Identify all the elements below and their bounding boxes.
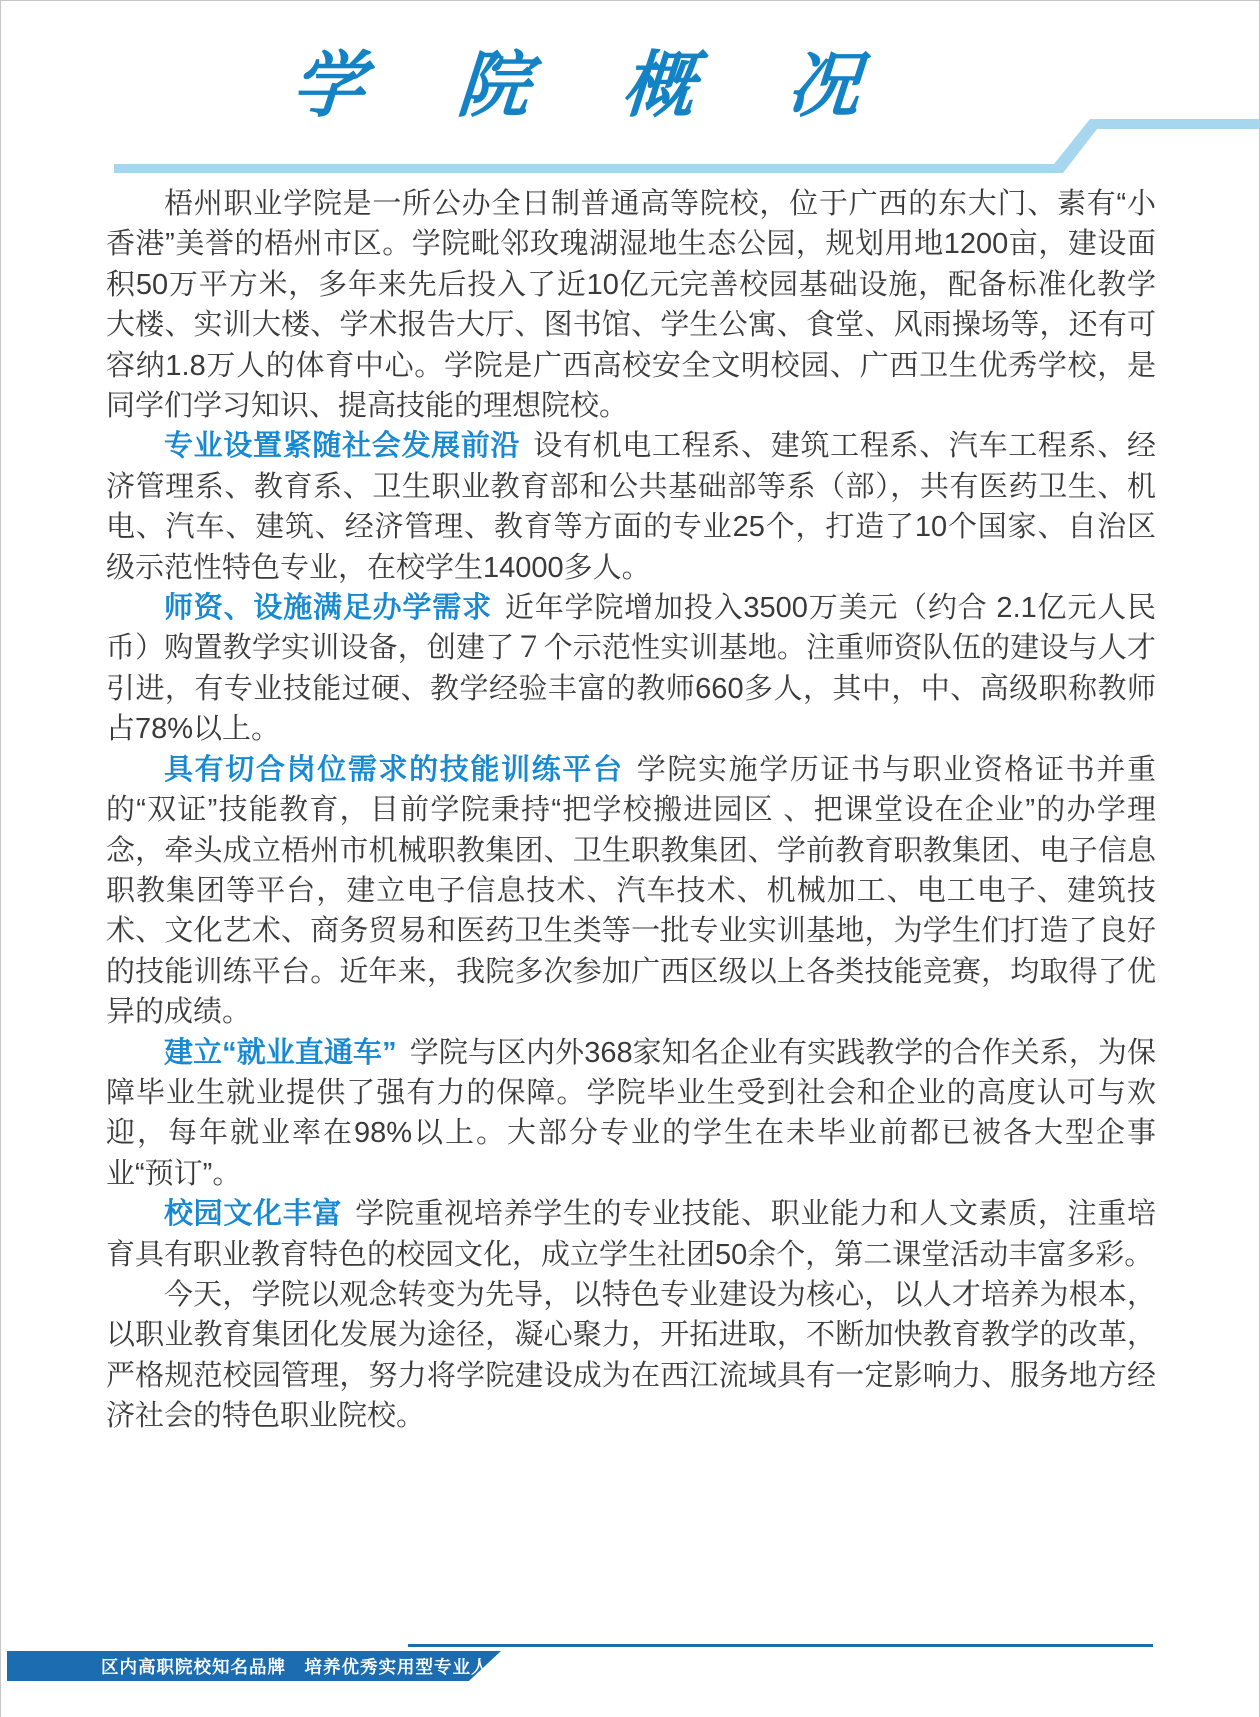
section-lead: 具有切合岗位需求的技能训练平台: [164, 754, 624, 786]
paragraph-text: 今天，学院以观念转变为先导，以特色专业建设为核心，以人才培养为根本，以职业教育集…: [106, 1279, 1156, 1432]
page-title: 学 院 概 况: [0, 49, 1154, 121]
paragraph-campus-culture: 校园文化丰富学院重视培养学生的专业技能、职业能力和人文素质，注重培育具有职业教育…: [106, 1194, 1156, 1275]
paragraph-employment: 建立“就业直通车”学院与区内外368家知名企业有实践教学的合作关系，为保障毕业生…: [106, 1033, 1156, 1195]
section-lead: 师资、设施满足办学需求: [164, 592, 492, 624]
section-lead: 校园文化丰富: [164, 1198, 342, 1230]
paragraph-text: 梧州职业学院是一所公办全日制普通高等院校，位于广西的东大门、素有“小香港”美誉的…: [106, 188, 1156, 422]
section-lead: 建立“就业直通车”: [164, 1037, 397, 1069]
paragraph-majors: 专业设置紧随社会发展前沿设有机电工程系、建筑工程系、汽车工程系、经济管理系、教育…: [106, 426, 1156, 588]
brochure-page: 学 院 概 况 梧州职业学院是一所公办全日制普通高等院校，位于广西的东大门、素有…: [0, 0, 1260, 1717]
paragraph-closing: 今天，学院以观念转变为先导，以特色专业建设为核心，以人才培养为根本，以职业教育集…: [106, 1275, 1156, 1437]
section-lead: 专业设置紧随社会发展前沿: [164, 430, 520, 462]
page-header: 学 院 概 况: [1, 1, 1260, 181]
footer-slogan: 区内高职院校知名品牌 培养优秀实用型专业人才: [101, 1654, 508, 1679]
footer-accent-line: [408, 1644, 1153, 1647]
article-body: 梧州职业学院是一所公办全日制普通高等院校，位于广西的东大门、素有“小香港”美誉的…: [106, 184, 1156, 1437]
paragraph-training-platform: 具有切合岗位需求的技能训练平台学院实施学历证书与职业资格证书并重的“双证”技能教…: [106, 750, 1156, 1033]
paragraph-intro: 梧州职业学院是一所公办全日制普通高等院校，位于广西的东大门、素有“小香港”美誉的…: [106, 184, 1156, 426]
paragraph-text: 学院实施学历证书与职业资格证书并重的“双证”技能教育，目前学院秉持“把学校搬进园…: [106, 754, 1156, 1028]
paragraph-faculty: 师资、设施满足办学需求近年学院增加投入3500万美元（约合 2.1亿元人民币）购…: [106, 588, 1156, 750]
footer-banner: 区内高职院校知名品牌 培养优秀实用型专业人才: [7, 1651, 501, 1681]
